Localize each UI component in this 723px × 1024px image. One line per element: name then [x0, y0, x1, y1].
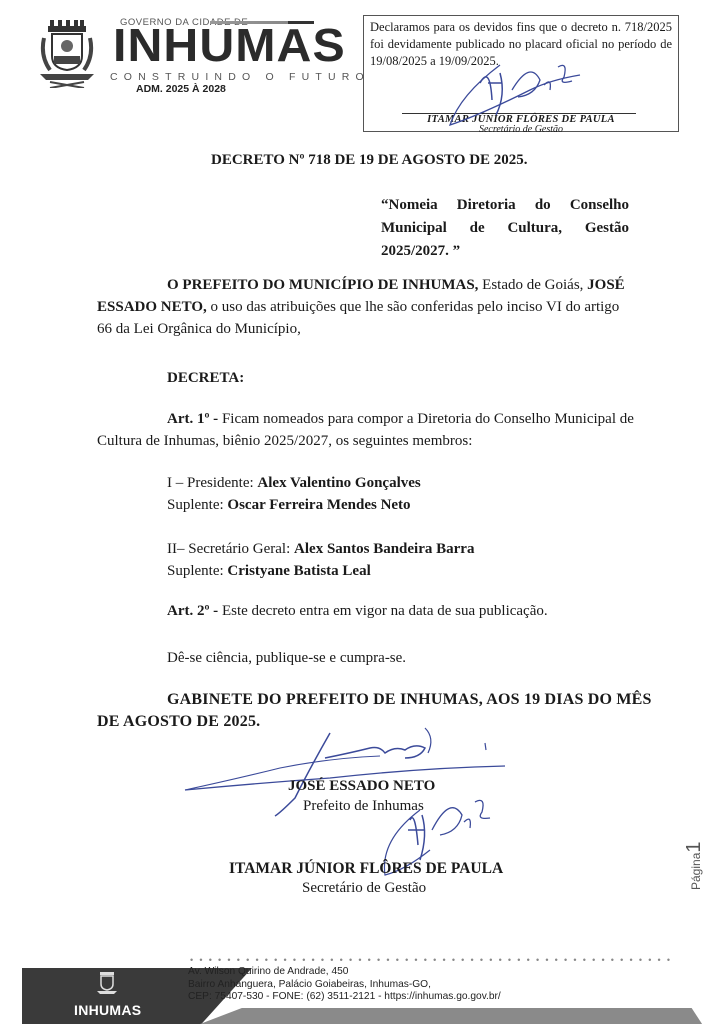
preamble-line-3: 66 da Lei Orgânica do Município,: [97, 318, 301, 340]
article-1-line-1: Art. 1º - Ficam nomeados para compor a D…: [167, 408, 634, 430]
page-label: Página: [689, 853, 703, 890]
footer-address: Av. Wilson Quirino de Andrade, 450 Bairr…: [188, 966, 501, 1004]
handwritten-signature-icon: [440, 55, 600, 135]
gabinete-line-1: GABINETE DO PREFEITO DE INHUMAS, AOS 19 …: [167, 689, 652, 711]
member-name: Oscar Ferreira Mendes Neto: [227, 497, 410, 513]
page-number-value: 1: [683, 842, 705, 853]
footer-grey-band: [200, 1008, 723, 1024]
mayor-name-part1: JOSÉ: [587, 277, 625, 293]
summary-line-1: “Nomeia Diretoria do Conselho: [381, 194, 629, 217]
preamble-line-2: ESSADO NETO, o uso das atribuições que l…: [97, 296, 619, 318]
preamble-lead: O PREFEITO DO MUNICÍPIO DE INHUMAS,: [167, 277, 478, 293]
secretary-signer-role: Secretário de Gestão: [302, 880, 426, 897]
member-role: Suplente:: [167, 497, 227, 513]
address-line-2: Bairro Anhanguera, Palácio Goiabeiras, I…: [188, 979, 501, 992]
summary-line-2: Municipal de Cultura, Gestão: [381, 217, 629, 240]
member-role: I – Presidente:: [167, 475, 257, 491]
decreta-heading: DECRETA:: [167, 367, 244, 389]
article-2-text: Este decreto entra em vigor na data de s…: [218, 603, 547, 619]
address-line-3: CEP: 75407-530 - FONE: (62) 3511-2121 - …: [188, 991, 501, 1004]
member-president-substitute: Suplente: Oscar Ferreira Mendes Neto: [167, 494, 411, 516]
member-president: I – Presidente: Alex Valentino Gonçalves: [167, 472, 421, 494]
preamble-state: Estado de Goiás,: [478, 277, 587, 293]
address-line-1: Av. Wilson Quirino de Andrade, 450: [188, 966, 501, 979]
article-1-line-2: Cultura de Inhumas, biênio 2025/2027, os…: [97, 430, 472, 452]
preamble-line-1: O PREFEITO DO MUNICÍPIO DE INHUMAS, Esta…: [167, 274, 625, 296]
member-name: Alex Valentino Gonçalves: [257, 475, 420, 491]
administration-period: ADM. 2025 À 2028: [136, 83, 226, 95]
secretary-signer-name: ITAMAR JÚNIOR FLÔRES DE PAULA: [229, 860, 503, 878]
decree-summary: “Nomeia Diretoria do Conselho Municipal …: [381, 194, 629, 263]
city-name: INHUMAS: [113, 22, 346, 68]
city-coat-of-arms-icon: [38, 18, 96, 88]
member-role: II– Secretário Geral:: [167, 541, 294, 557]
article-1-text: Ficam nomeados para compor a Diretoria d…: [218, 411, 634, 427]
summary-line-3: 2025/2027. ”: [381, 240, 629, 263]
member-general-secretary-substitute: Suplente: Cristyane Batista Leal: [167, 560, 371, 582]
footer-city-name: INHUMAS: [74, 1002, 141, 1018]
closing-formula: Dê-se ciência, publique-se e cumpra-se.: [167, 647, 406, 669]
article-1-label: Art. 1º -: [167, 411, 218, 427]
member-general-secretary: II– Secretário Geral: Alex Santos Bandei…: [167, 538, 474, 560]
mayor-name-part2: ESSADO NETO,: [97, 299, 207, 315]
member-name: Alex Santos Bandeira Barra: [294, 541, 474, 557]
page-number: Página1: [683, 842, 706, 891]
member-role: Suplente:: [167, 563, 227, 579]
footer-dotted-rule: ••••••••••••••••••••••••••••••••••••••••…: [190, 955, 676, 965]
article-2-label: Art. 2º -: [167, 603, 218, 619]
article-2: Art. 2º - Este decreto entra em vigor na…: [167, 600, 548, 622]
decree-title: DECRETO Nº 718 DE 19 DE AGOSTO DE 2025.: [211, 152, 528, 169]
footer-coat-of-arms-icon: [96, 970, 118, 996]
member-name: Cristyane Batista Leal: [227, 563, 370, 579]
preamble-text: o uso das atribuições que lhe são confer…: [207, 299, 620, 315]
slogan: CONSTRUINDO O FUTURO: [110, 71, 370, 83]
